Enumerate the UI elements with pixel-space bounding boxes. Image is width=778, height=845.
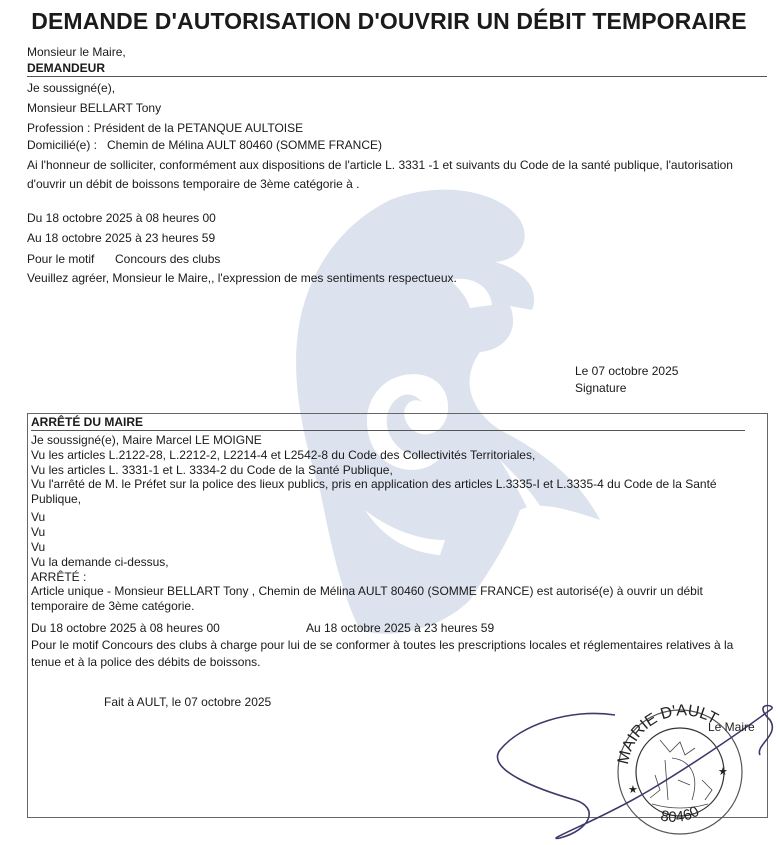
motif-value: Concours des clubs	[115, 252, 220, 266]
demandeur-heading: DEMANDEUR	[27, 62, 767, 77]
arrete-line: Vu les articles L.2122-28, L.2212-2, L22…	[31, 448, 535, 462]
arrete-heading: ARRÊTÉ DU MAIRE	[31, 416, 745, 431]
request-date: Le 07 octobre 2025	[575, 364, 678, 378]
arrete-line: Je soussigné(e), Maire Marcel LE MOIGNE	[31, 433, 262, 447]
vu-line: Vu	[31, 540, 45, 554]
vu-demande-line: Vu la demande ci-dessus,	[31, 555, 169, 569]
request-to: Au 18 octobre 2025 à 23 heures 59	[27, 231, 215, 245]
profession-value: Président de la PETANQUE AULTOISE	[94, 121, 303, 135]
demandeur-name: Monsieur BELLART Tony	[27, 101, 161, 115]
vu-line: Vu	[31, 525, 45, 539]
domicile-label: Domicilié(e) :	[27, 138, 107, 152]
arrete-line: Vu les articles L. 3331-1 et L. 3334-2 d…	[31, 463, 393, 477]
request-text: Ai l'honneur de solliciter, conformément…	[27, 156, 757, 194]
domicile-row: Domicilié(e) :Chemin de Mélina AULT 8046…	[27, 138, 382, 152]
le-maire-label: Le Maire	[708, 720, 755, 734]
svg-text:★: ★	[628, 784, 638, 796]
svg-text:MAIRIE D'AULT: MAIRIE D'AULT	[615, 702, 721, 766]
request-from: Du 18 octobre 2025 à 08 heures 00	[27, 211, 216, 225]
signature-label: Signature	[575, 381, 626, 395]
mairie-stamp-icon: MAIRIE D'AULT 80460 ★ ★	[480, 680, 778, 845]
domicile-value: Chemin de Mélina AULT 80460 (SOMME FRANC…	[107, 138, 382, 152]
article-text: Article unique - Monsieur BELLART Tony ,…	[31, 584, 756, 614]
fait-a: Fait à AULT, le 07 octobre 2025	[104, 695, 271, 709]
motif-row: Pour le motifConcours des clubs	[27, 252, 220, 266]
profession-row: Profession : Président de la PETANQUE AU…	[27, 121, 303, 135]
page-title: DEMANDE D'AUTORISATION D'OUVRIR UN DÉBIT…	[0, 8, 778, 35]
closing-text: Veuillez agréer, Monsieur le Maire,, l'e…	[27, 271, 457, 285]
arrete-to: Au 18 octobre 2025 à 23 heures 59	[306, 621, 494, 635]
motif-label: Pour le motif	[27, 252, 115, 266]
svg-text:★: ★	[718, 766, 728, 778]
demandeur-intro: Je soussigné(e),	[27, 81, 115, 95]
arrete-motif-text: Pour le motif Concours des clubs à charg…	[31, 637, 756, 671]
salutation: Monsieur le Maire,	[27, 45, 126, 59]
arrete-label: ARRÊTÉ :	[31, 570, 86, 584]
prefet-text: Vu l'arrêté de M. le Préfet sur la polic…	[31, 477, 756, 507]
vu-line: Vu	[31, 510, 45, 524]
arrete-from: Du 18 octobre 2025 à 08 heures 00	[31, 621, 220, 635]
profession-label: Profession :	[27, 121, 90, 135]
